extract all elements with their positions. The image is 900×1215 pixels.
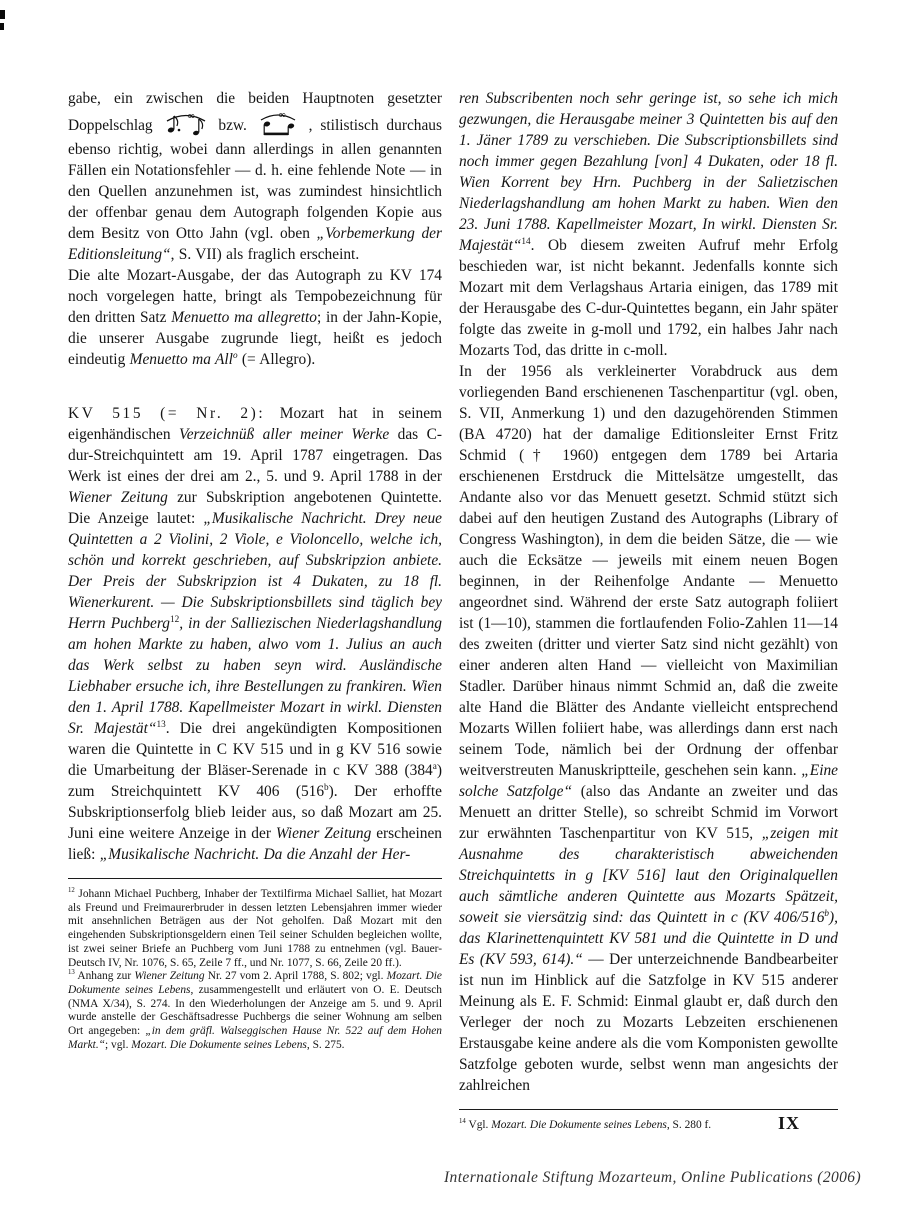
- text-span: „Musikalische Nachricht. Da die Anzahl d…: [100, 846, 411, 863]
- text-span: Mozart. Die Dokumente seines Lebens: [68, 970, 442, 996]
- footer-publication-line: Internationale Stiftung Mozarteum, Onlin…: [444, 1169, 861, 1187]
- text-span: „zeigen mit Ausnahme des charakteristisc…: [459, 825, 838, 926]
- paragraph-alte-mozart-ausgabe: Die alte Mozart-Ausgabe, der das Autogra…: [68, 265, 442, 370]
- text-span: Verzeichnüß aller meiner Werke: [179, 426, 389, 443]
- text-span: ren Subscribenten noch sehr geringe ist,…: [459, 90, 838, 254]
- scanned-document-page: gabe, ein zwischen die beiden Hauptnoten…: [0, 0, 900, 1215]
- text-span: 14: [521, 236, 530, 246]
- text-span: Wiener Zeitung: [68, 489, 168, 506]
- text-span: 14: [459, 1118, 466, 1125]
- footnote-separator-rule: [68, 878, 442, 879]
- text-span: a: [433, 761, 437, 771]
- text-span: 13: [68, 969, 75, 976]
- right-text-column: ren Subscribenten noch sehr geringe ist,…: [459, 88, 838, 1133]
- text-span: Mozart. Die Dokumente seines Lebens: [491, 1119, 667, 1131]
- text-span: Wiener Zeitung: [134, 970, 204, 982]
- text-span: Menuetto ma allegretto: [171, 309, 317, 326]
- text-span: b: [324, 782, 329, 792]
- left-text-column: gabe, ein zwischen die beiden Hauptnoten…: [68, 88, 442, 1052]
- scan-artifact: [0, 23, 4, 30]
- text-span: o: [233, 350, 238, 360]
- text-span: 13: [156, 719, 165, 729]
- text-span: „Vorbemerkung der Editionsleitung“: [68, 225, 442, 263]
- paragraph-kv515: KV 515 (= Nr. 2): Mozart hat in seinem e…: [68, 403, 442, 865]
- scan-artifact: [0, 10, 5, 19]
- paragraph-subskription-fortsetzung: ren Subscribenten noch sehr geringe ist,…: [459, 88, 838, 361]
- text-span: „Eine solche Satzfolge“: [459, 762, 838, 800]
- text-span: 12: [170, 614, 179, 624]
- paragraph-taschenpartitur: In der 1956 als verkleinerter Vorabdruck…: [459, 361, 838, 1096]
- doppelschlag-turn-notation-b-icon: ∞: [258, 109, 298, 139]
- svg-text:∞: ∞: [278, 110, 286, 121]
- doppelschlag-turn-notation-a-icon: ∞: [164, 109, 208, 139]
- svg-text:∞: ∞: [187, 111, 195, 122]
- footnote-13: 13 Anhang zur Wiener Zeitung Nr. 27 vom …: [68, 970, 442, 1052]
- text-span: Mozart. Die Dokumente seines Lebens: [131, 1039, 307, 1051]
- text-span: , in der Salliezischen Niederlagshandlun…: [68, 615, 442, 737]
- text-span: Menuetto ma All: [130, 351, 233, 368]
- text-span: 12: [68, 887, 75, 894]
- text-span: Wiener Zeitung: [276, 825, 372, 842]
- paragraph-doppelschlag: gabe, ein zwischen die beiden Hauptnoten…: [68, 88, 442, 265]
- text-span: „Musikalische Nachricht. Drey neue Quint…: [68, 510, 442, 632]
- text-span: KV 515 (= Nr. 2):: [68, 405, 265, 422]
- footnote-separator-rule: [459, 1109, 838, 1110]
- page-number: IX: [778, 1113, 800, 1134]
- footnote-12: 12 Johann Michael Puchberg, Inhaber der …: [68, 888, 442, 970]
